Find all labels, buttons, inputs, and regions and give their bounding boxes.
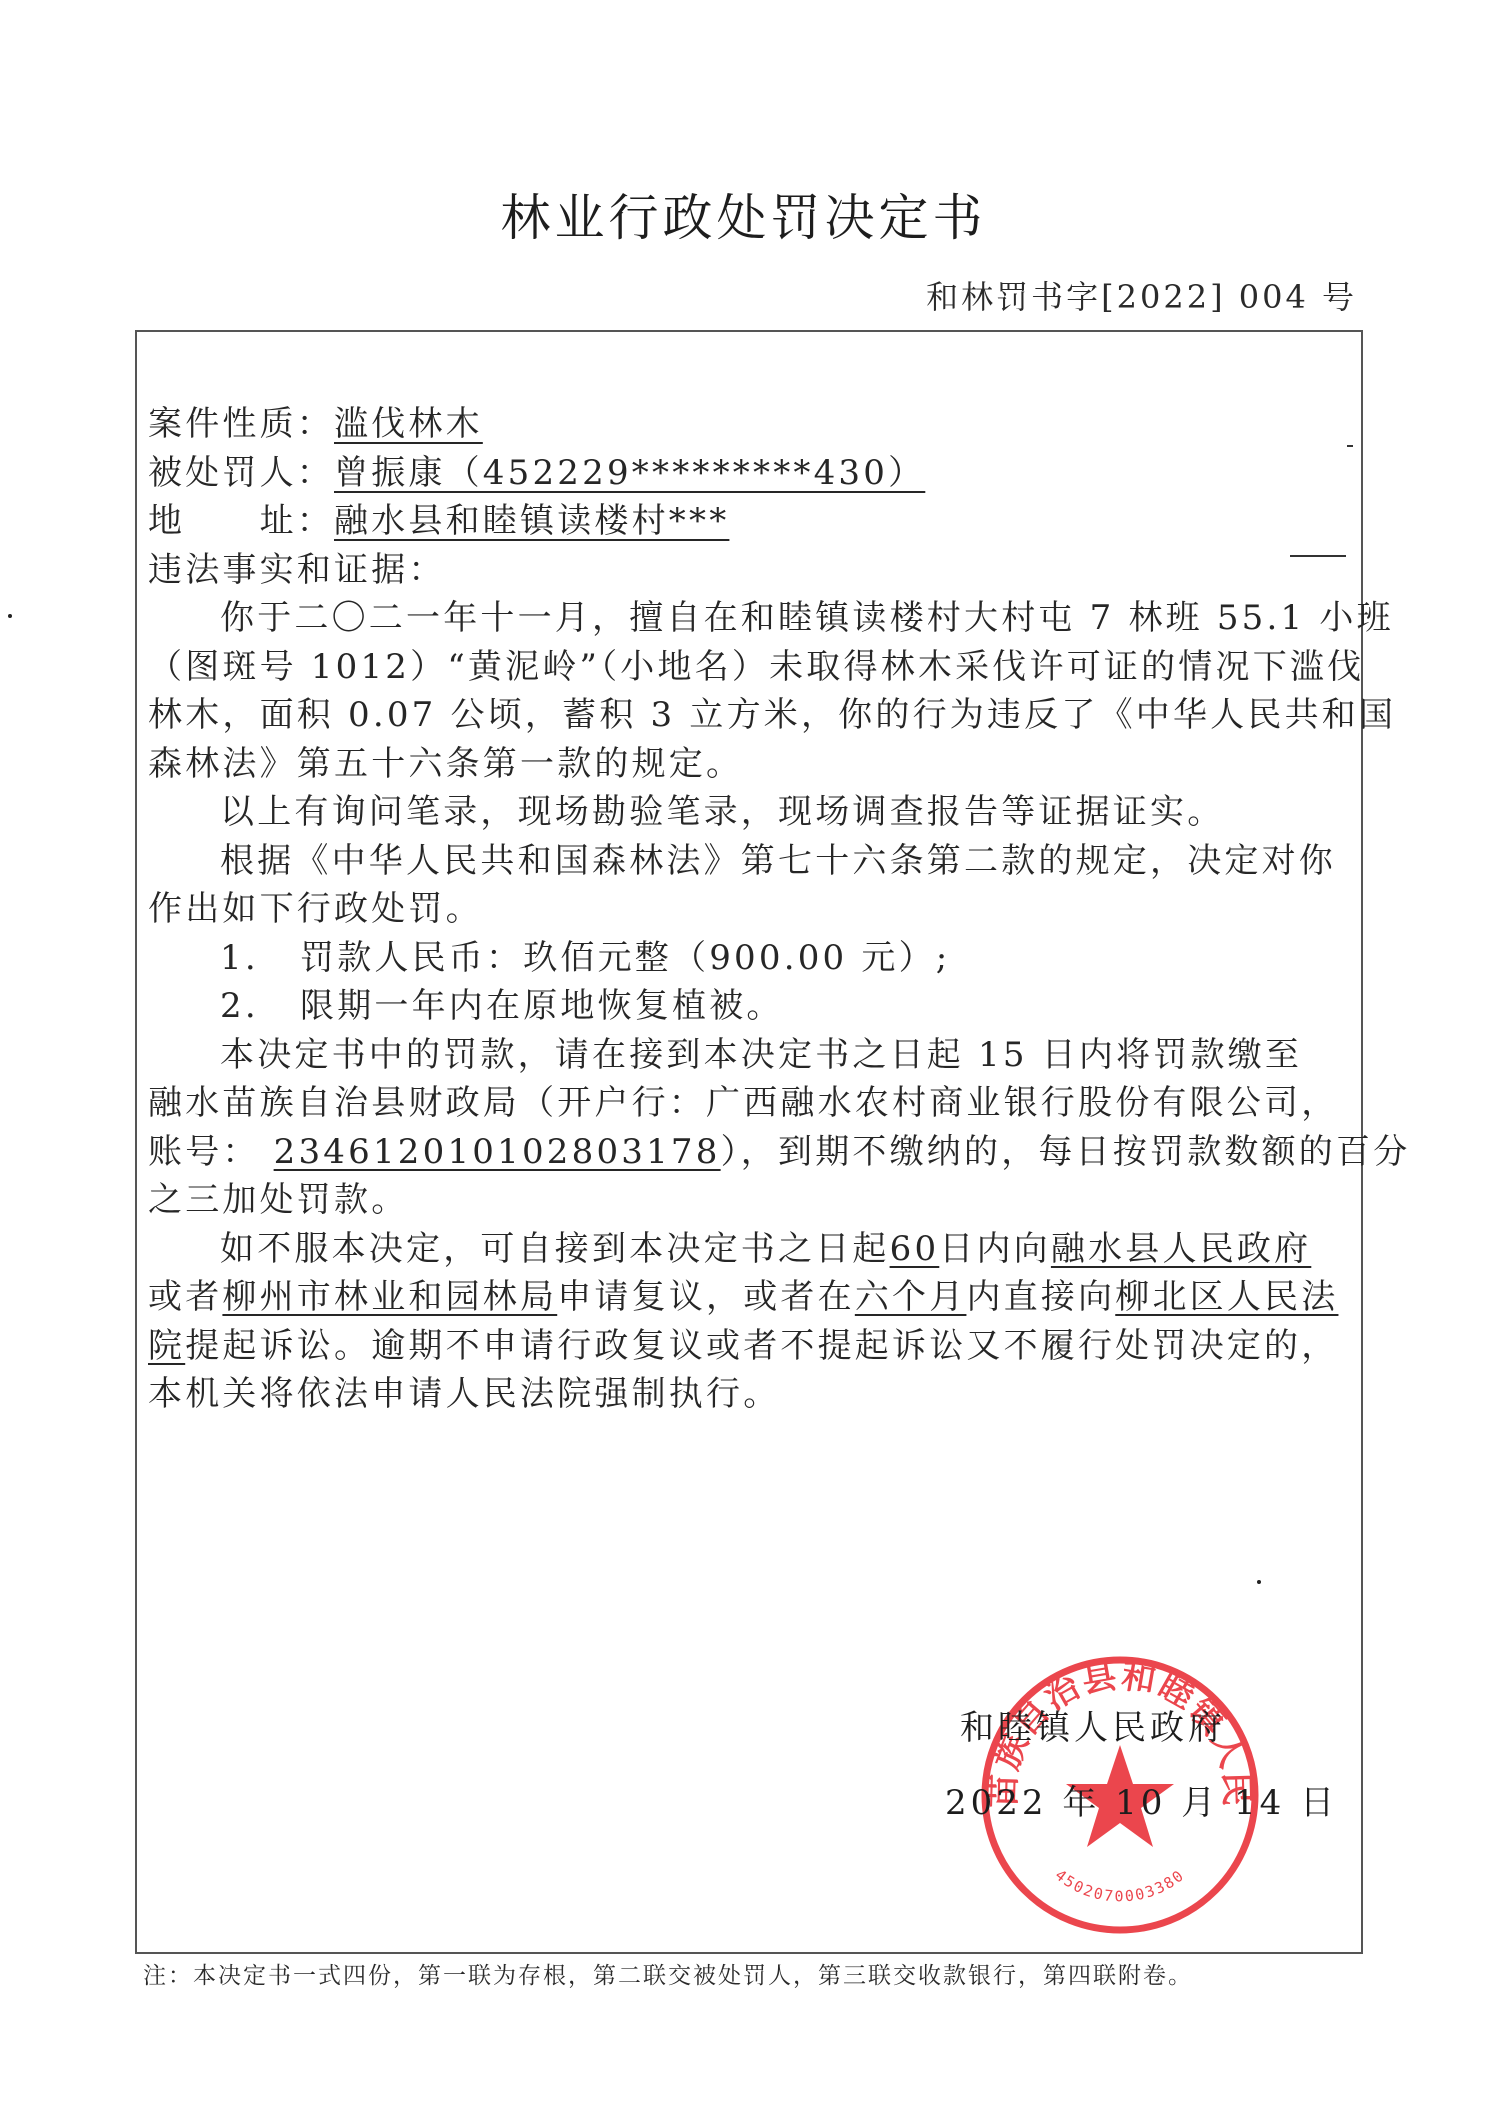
appeal-days: 60 (890, 1229, 940, 1269)
field-value: 融水县和睦镇读楼村*** (334, 501, 729, 541)
scan-speck (8, 614, 12, 618)
appeal-bureau: 柳州市林业和园林局 (222, 1277, 557, 1317)
payment-line: 之三加处罚款。 (148, 1176, 1353, 1225)
facts-line: 森林法》第五十六条第一款的规定。 (148, 740, 1353, 789)
issue-date: 2022 年 10 月 14 日 (945, 1775, 1338, 1824)
payment-account-line: 账号： 234612010102803178），到期不缴纳的，每日按罚款数额的百… (148, 1128, 1353, 1177)
appeal-line: 如不服本决定，可自接到本决定书之日起60日内向融水县人民政府 (148, 1225, 1353, 1274)
appeal-text: 申请复议，或者在 (557, 1277, 855, 1317)
facts-heading: 违法事实和证据： (148, 546, 1353, 595)
penalty-number: 1. (220, 934, 300, 983)
payment-line: 本决定书中的罚款，请在接到本决定书之日起 15 日内将罚款缴至 (148, 1031, 1353, 1080)
field-penalized-person: 被处罚人：曾振康（452229*********430） (148, 449, 1353, 498)
basis-line: 根据《中华人民共和国森林法》第七十六条第二款的规定，决定对你 (148, 837, 1353, 886)
document-body: 案件性质：滥伐林木 被处罚人：曾振康（452229*********430） 地… (148, 400, 1353, 1419)
basis-line: 作出如下行政处罚。 (148, 885, 1353, 934)
field-label: 案件性质： (148, 400, 334, 449)
seal-code: 4502070003380 (1052, 1866, 1189, 1906)
payment-line: 融水苗族自治县财政局（开户行：广西融水农村商业银行股份有限公司， (148, 1079, 1353, 1128)
field-address: 地 址：融水县和睦镇读楼村*** (148, 497, 1353, 546)
svg-text:4502070003380: 4502070003380 (1052, 1866, 1189, 1906)
facts-line: 你于二〇二一年十一月，擅自在和睦镇读楼村大村屯 7 林班 55.1 小班 (148, 594, 1353, 643)
issuing-authority: 和睦镇人民政府 (960, 1700, 1226, 1749)
scan-speck (1257, 1580, 1261, 1584)
appeal-line: 或者柳州市林业和园林局申请复议，或者在六个月内直接向柳北区人民法 (148, 1273, 1353, 1322)
facts-line: 林木，面积 0.07 公顷，蓄积 3 立方米，你的行为违反了《中华人民共和国 (148, 691, 1353, 740)
appeal-government: 融水县人民政府 (1051, 1229, 1311, 1269)
appeal-months: 六个月 (855, 1277, 967, 1317)
appeal-text: 日内向 (939, 1229, 1051, 1269)
appeal-court: 柳北区人民法 (1115, 1277, 1338, 1317)
appeal-court-cont: 院 (148, 1326, 185, 1366)
penalty-number: 2. (220, 982, 300, 1031)
appeal-text: 内直接向 (966, 1277, 1115, 1317)
footnote: 注：本决定书一式四份，第一联为存根，第二联交被处罚人，第三联交收款银行，第四联附… (143, 1957, 1193, 1990)
appeal-text: 提起诉讼。逾期不申请行政复议或者不提起诉讼又不履行处罚决定的， (185, 1326, 1338, 1366)
appeal-line: 本机关将依法申请人民法院强制执行。 (148, 1370, 1353, 1419)
field-value: 滥伐林木 (334, 404, 483, 444)
penalty-text: 限期一年内在原地恢复植被。 (300, 986, 784, 1026)
appeal-text: 或者 (148, 1277, 222, 1317)
penalty-item: 2.限期一年内在原地恢复植被。 (148, 982, 1353, 1031)
account-number: 234612010102803178 (274, 1132, 721, 1172)
evidence-line: 以上有询问笔录，现场勘验笔录，现场调查报告等证据证实。 (148, 788, 1353, 837)
appeal-text: 如不服本决定，可自接到本决定书之日起 (220, 1229, 890, 1269)
document-title: 林业行政处罚决定书 (0, 178, 1487, 250)
account-label: 账号： (148, 1132, 260, 1172)
field-case-nature: 案件性质：滥伐林木 (148, 400, 1353, 449)
penalty-item: 1.罚款人民币：玖佰元整（900.00 元）; (148, 934, 1353, 983)
document-number: 和林罚书字[2022] 004 号 (926, 272, 1357, 318)
appeal-line: 院提起诉讼。逾期不申请行政复议或者不提起诉讼又不履行处罚决定的， (148, 1322, 1353, 1371)
payment-line-rest: ），到期不缴纳的，每日按罚款数额的百分 (721, 1132, 1411, 1172)
field-label: 被处罚人： (148, 449, 334, 498)
penalty-text: 罚款人民币：玖佰元整（900.00 元）; (300, 938, 950, 978)
facts-line: （图斑号 1012）“黄泥岭”（小地名）未取得林木采伐许可证的情况下滥伐 (148, 643, 1353, 692)
field-label: 地 址： (148, 497, 334, 546)
field-value: 曾振康（452229*********430） (334, 453, 925, 493)
